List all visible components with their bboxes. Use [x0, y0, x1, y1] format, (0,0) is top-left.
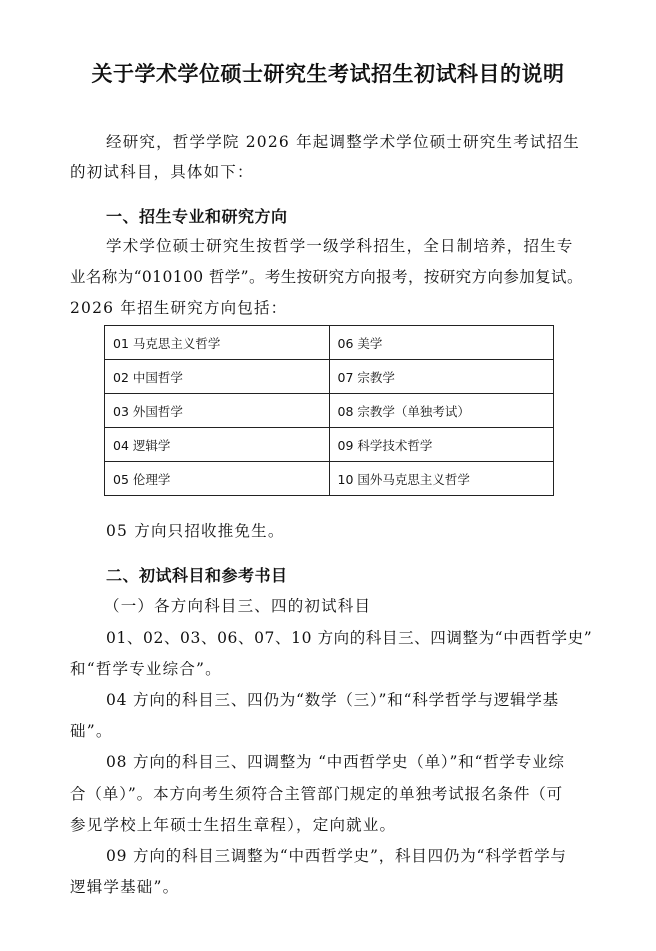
intro-line-1: 经研究，哲学学院 2026 年起调整学术学位硕士研究生考试招生 — [106, 130, 580, 152]
p2-line-2: 础”。 — [70, 719, 113, 741]
section-1-para-line-3: 2026 年招生研究方向包括： — [70, 296, 287, 318]
document-title: 关于学术学位硕士研究生考试招生初试科目的说明 — [0, 58, 656, 88]
table-cell: 06 美学 — [329, 326, 554, 360]
table-cell: 01 马克思主义哲学 — [105, 326, 330, 360]
p1-line-1: 01、02、03、06、07、10 方向的科目三、四调整为“中西哲学史” — [106, 626, 592, 648]
research-directions-table: 01 马克思主义哲学 06 美学 02 中国哲学 07 宗教学 03 外国哲学 … — [104, 325, 554, 496]
table-cell: 03 外国哲学 — [105, 394, 330, 428]
table-row: 03 外国哲学 08 宗教学（单独考试） — [105, 394, 554, 428]
section-2-subheading-1: （一）各方向科目三、四的初试科目 — [104, 594, 371, 616]
section-1-para-line-2: 业名称为“010100 哲学”。考生按研究方向报考，按研究方向参加复试。 — [70, 265, 583, 287]
p3-line-3: 参见学校上年硕士生招生章程），定向就业。 — [70, 813, 396, 835]
table-row: 02 中国哲学 07 宗教学 — [105, 360, 554, 394]
section-1-heading: 一、招生专业和研究方向 — [106, 204, 288, 227]
p3-line-1: 08 方向的科目三、四调整为 “中西哲学史（单）”和“哲学专业综 — [106, 750, 565, 772]
section-2-heading: 二、初试科目和参考书目 — [106, 563, 288, 586]
p2-line-1: 04 方向的科目三、四仍为“数学（三）”和“科学哲学与逻辑学基 — [106, 688, 559, 710]
p3-line-2: 合（单）”。本方向考生须符合主管部门规定的单独考试报名条件（可 — [70, 782, 563, 804]
table-cell: 04 逻辑学 — [105, 428, 330, 462]
table-row: 04 逻辑学 09 科学技术哲学 — [105, 428, 554, 462]
p4-line-1: 09 方向的科目三调整为“中西哲学史”，科目四仍为“科学哲学与 — [106, 844, 567, 866]
table-cell: 08 宗教学（单独考试） — [329, 394, 554, 428]
table-row: 01 马克思主义哲学 06 美学 — [105, 326, 554, 360]
p1-line-2: 和“哲学专业综合”。 — [70, 657, 222, 679]
section-1-note: 05 方向只招收推免生。 — [106, 519, 285, 541]
table-cell: 10 国外马克思主义哲学 — [329, 462, 554, 496]
table-cell: 05 伦理学 — [105, 462, 330, 496]
intro-line-2: 的初试科目，具体如下： — [70, 160, 254, 182]
table-row: 05 伦理学 10 国外马克思主义哲学 — [105, 462, 554, 496]
p4-line-2: 逻辑学基础”。 — [70, 875, 179, 897]
table-cell: 02 中国哲学 — [105, 360, 330, 394]
section-1-para-line-1: 学术学位硕士研究生按哲学一级学科招生，全日制培养，招生专 — [106, 234, 574, 256]
table-cell: 07 宗教学 — [329, 360, 554, 394]
table-cell: 09 科学技术哲学 — [329, 428, 554, 462]
